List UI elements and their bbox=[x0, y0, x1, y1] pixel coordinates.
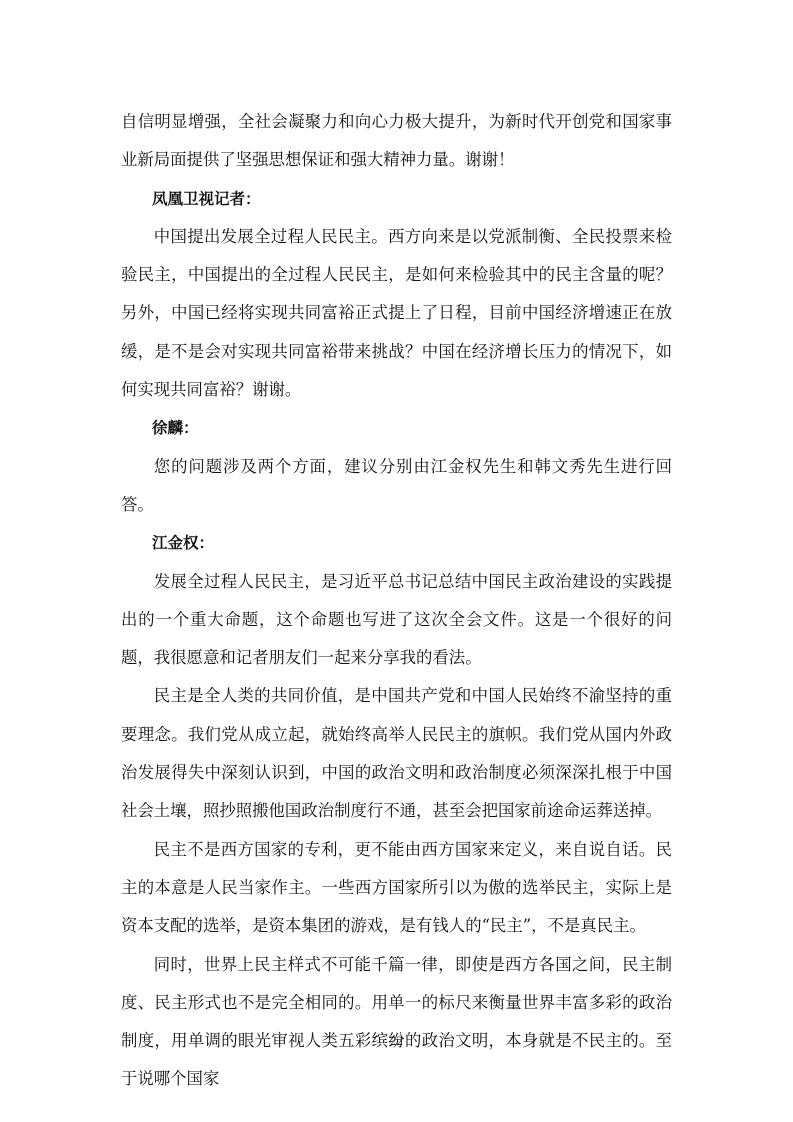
page-number: 22 bbox=[0, 1033, 793, 1049]
paragraph-answer-1: 发展全过程人民民主，是习近平总书记总结中国民主政治建设的实践提出的一个重大命题，… bbox=[121, 563, 672, 678]
document-body: 自信明显增强，全社会凝聚力和向心力极大提升，为新时代开创党和国家事业新局面提供了… bbox=[121, 103, 672, 1099]
paragraph-answer-4: 同时，世界上民主样式不可能千篇一律，即使是西方各国之间，民主制度、民主形式也不是… bbox=[121, 946, 672, 1099]
speaker-label-xu-lin: 徐麟： bbox=[121, 409, 672, 447]
paragraph-closing: 自信明显增强，全社会凝聚力和向心力极大提升，为新时代开创党和国家事业新局面提供了… bbox=[121, 103, 672, 180]
paragraph-answer-3: 民主不是西方国家的专利，更不能由西方国家来定义，来自说自话。民主的本意是人民当家… bbox=[121, 831, 672, 946]
paragraph-answer-2: 民主是全人类的共同价值，是中国共产党和中国人民始终不渝坚持的重要理念。我们党从成… bbox=[121, 677, 672, 830]
paragraph-moderator-reply: 您的问题涉及两个方面，建议分别由江金权先生和韩文秀先生进行回答。 bbox=[121, 448, 672, 525]
paragraph-question: 中国提出发展全过程人民民主。西方向来是以党派制衡、全民投票来检验民主，中国提出的… bbox=[121, 218, 672, 409]
speaker-label-phoenix-reporter: 凤凰卫视记者： bbox=[121, 180, 672, 218]
speaker-label-jiang-jinquan: 江金权： bbox=[121, 524, 672, 562]
